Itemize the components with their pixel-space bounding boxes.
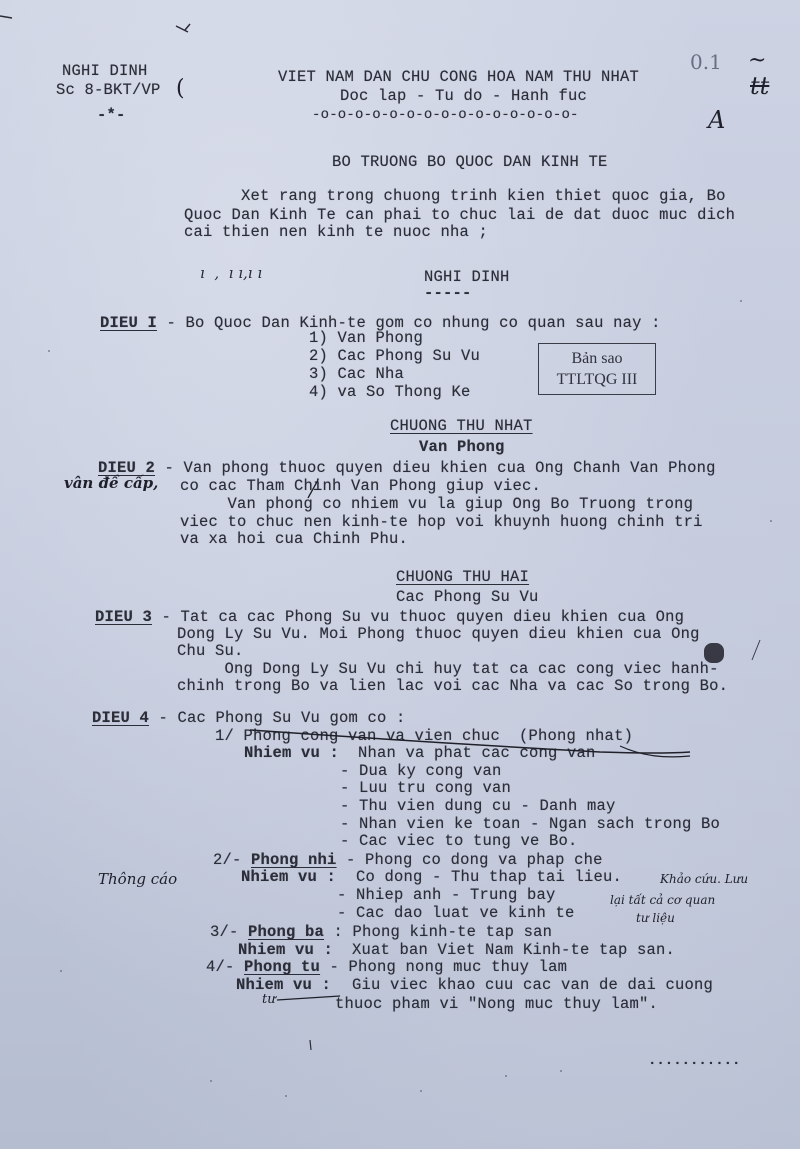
paper-speck bbox=[420, 1090, 422, 1092]
paper-speck bbox=[505, 1075, 507, 1077]
paper-speck bbox=[60, 970, 62, 972]
paper-speck bbox=[130, 610, 132, 612]
document-page: NGHI DINH Sc 8-BKT/VP ( -*- VIET NAM DAN… bbox=[0, 0, 800, 1149]
paper-speck bbox=[48, 350, 50, 352]
paper-speck bbox=[210, 1080, 212, 1082]
paper-speck bbox=[285, 1095, 287, 1097]
paper-speck bbox=[740, 300, 742, 302]
handwritten-strokes bbox=[0, 0, 800, 1149]
paper-speck bbox=[770, 520, 772, 522]
paper-speck bbox=[560, 1070, 562, 1072]
